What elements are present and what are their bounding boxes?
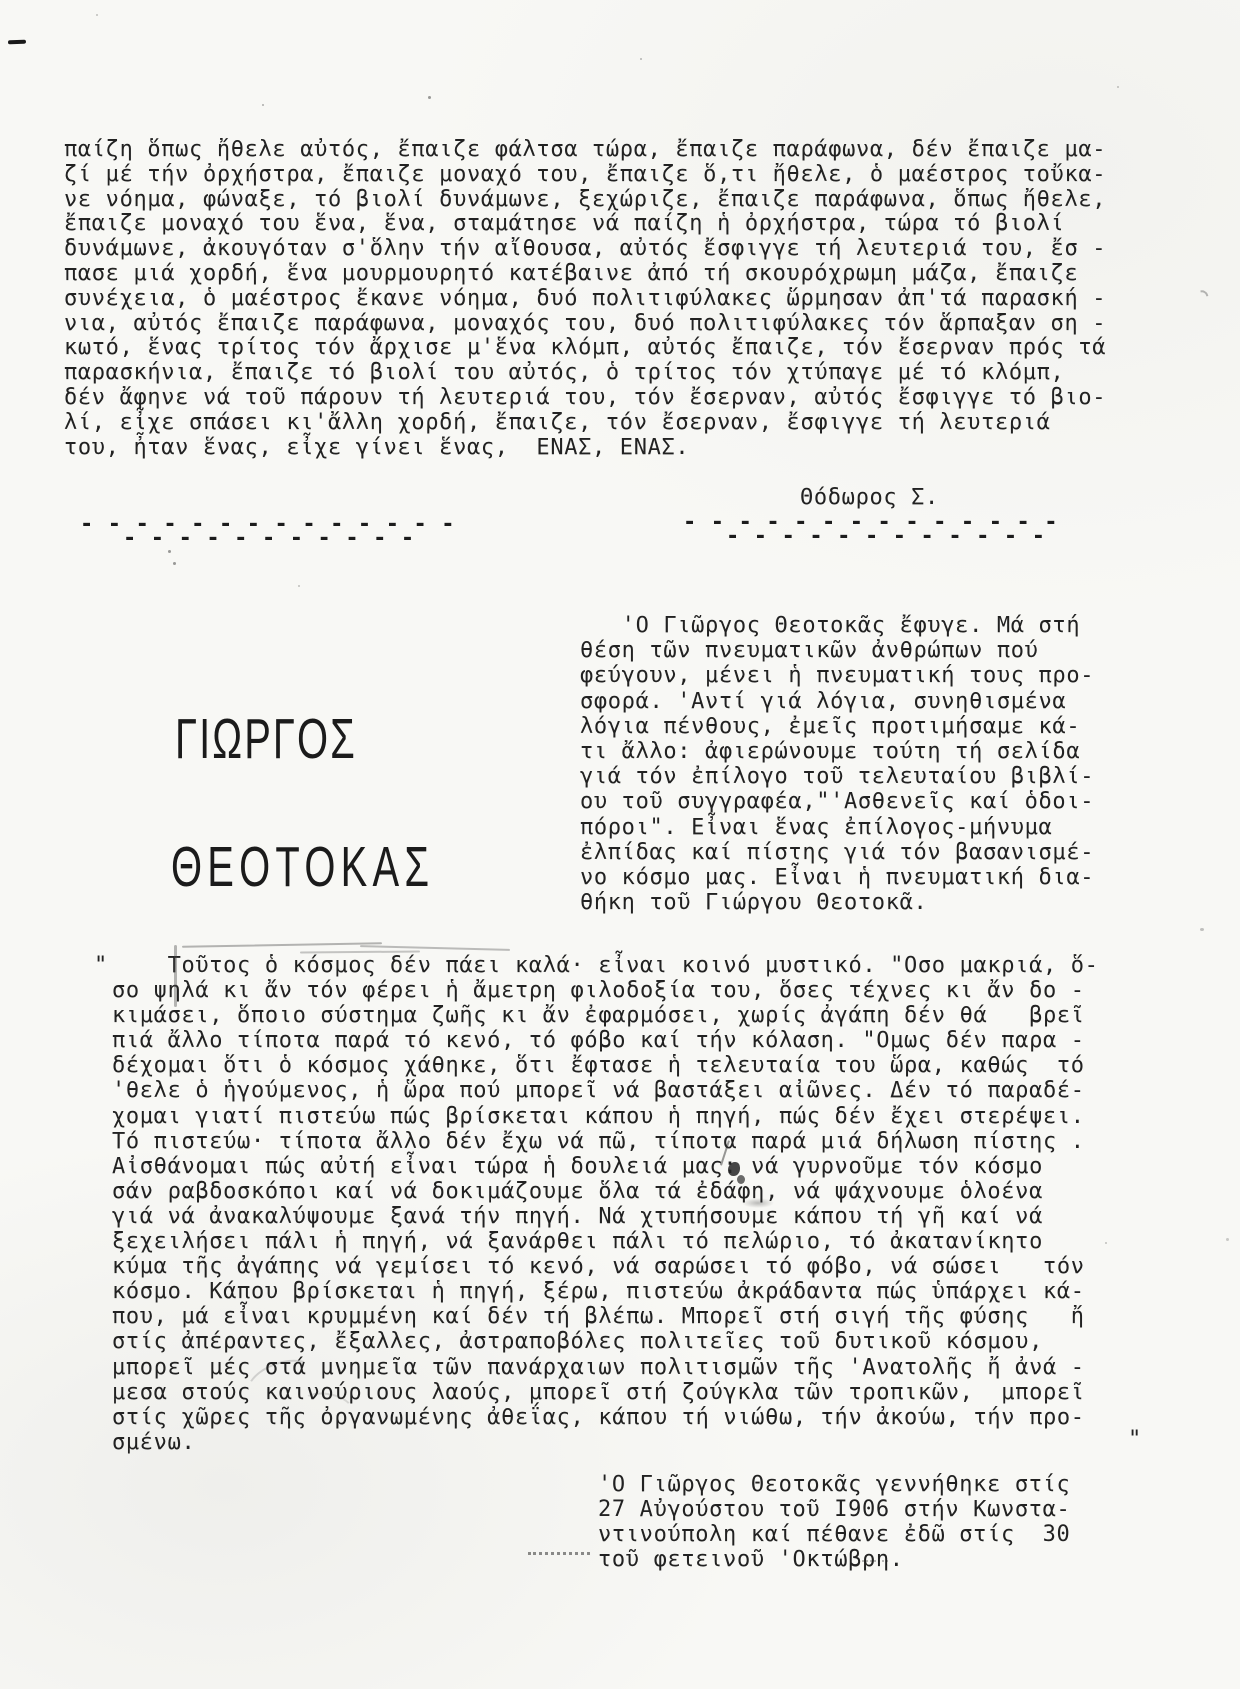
quote-close-mark: " <box>1128 1427 1142 1452</box>
continuation-paragraph: παίζη ὅπως ἤθελε αὐτός, ἔπαιζε φάλτσα τώ… <box>64 138 1106 460</box>
quote-open-mark: " <box>94 953 108 978</box>
paper-speckle <box>173 562 176 565</box>
pencil-scribble <box>182 942 382 947</box>
paper-speckle <box>298 585 300 587</box>
divider-dashes-left-row2: - - - - - - - - - - - <box>123 526 415 551</box>
paper-speckle <box>1105 1242 1107 1244</box>
headline-first-name: ΓΙΩΡΓΟΣ <box>175 711 357 768</box>
headline-last-name: ΘΕΟΤΟΚΑΣ <box>171 839 434 896</box>
bio-paragraph: 'Ο Γιῶργος Θεοτοκᾶς γεννήθηκε στίς 27 Αὐ… <box>598 1472 1070 1572</box>
paper-speckle <box>640 58 642 60</box>
paper-speckle <box>262 104 264 106</box>
divider-dashes-right-row2: - - - - - - - - - - - - <box>726 524 1046 549</box>
stray-pen-dash <box>8 40 26 45</box>
paper-speckle <box>96 14 98 16</box>
paper-speckle <box>428 96 431 99</box>
scanned-typewritten-page: παίζη ὅπως ἤθελε αὐτός, ἔπαιζε φάλτσα τώ… <box>0 0 1240 1689</box>
paper-speckle <box>1117 86 1119 88</box>
author-signature: Θόδωρος Σ. <box>800 485 939 510</box>
paper-speckle <box>1226 1238 1229 1241</box>
epilogue-quote-paragraph: Τοῦτος ὁ κόσμος δέν πάει καλά· εἶναι κοι… <box>112 953 1099 1455</box>
pencil-scribble <box>360 945 510 951</box>
paper-speckle <box>1200 928 1204 931</box>
intro-paragraph: 'Ο Γιῶργος Θεοτοκᾶς ἔφυγε. Μά στή θέση τ… <box>580 613 1094 915</box>
faint-dotted-mark <box>528 1552 590 1555</box>
pencil-smudge <box>1191 287 1212 308</box>
